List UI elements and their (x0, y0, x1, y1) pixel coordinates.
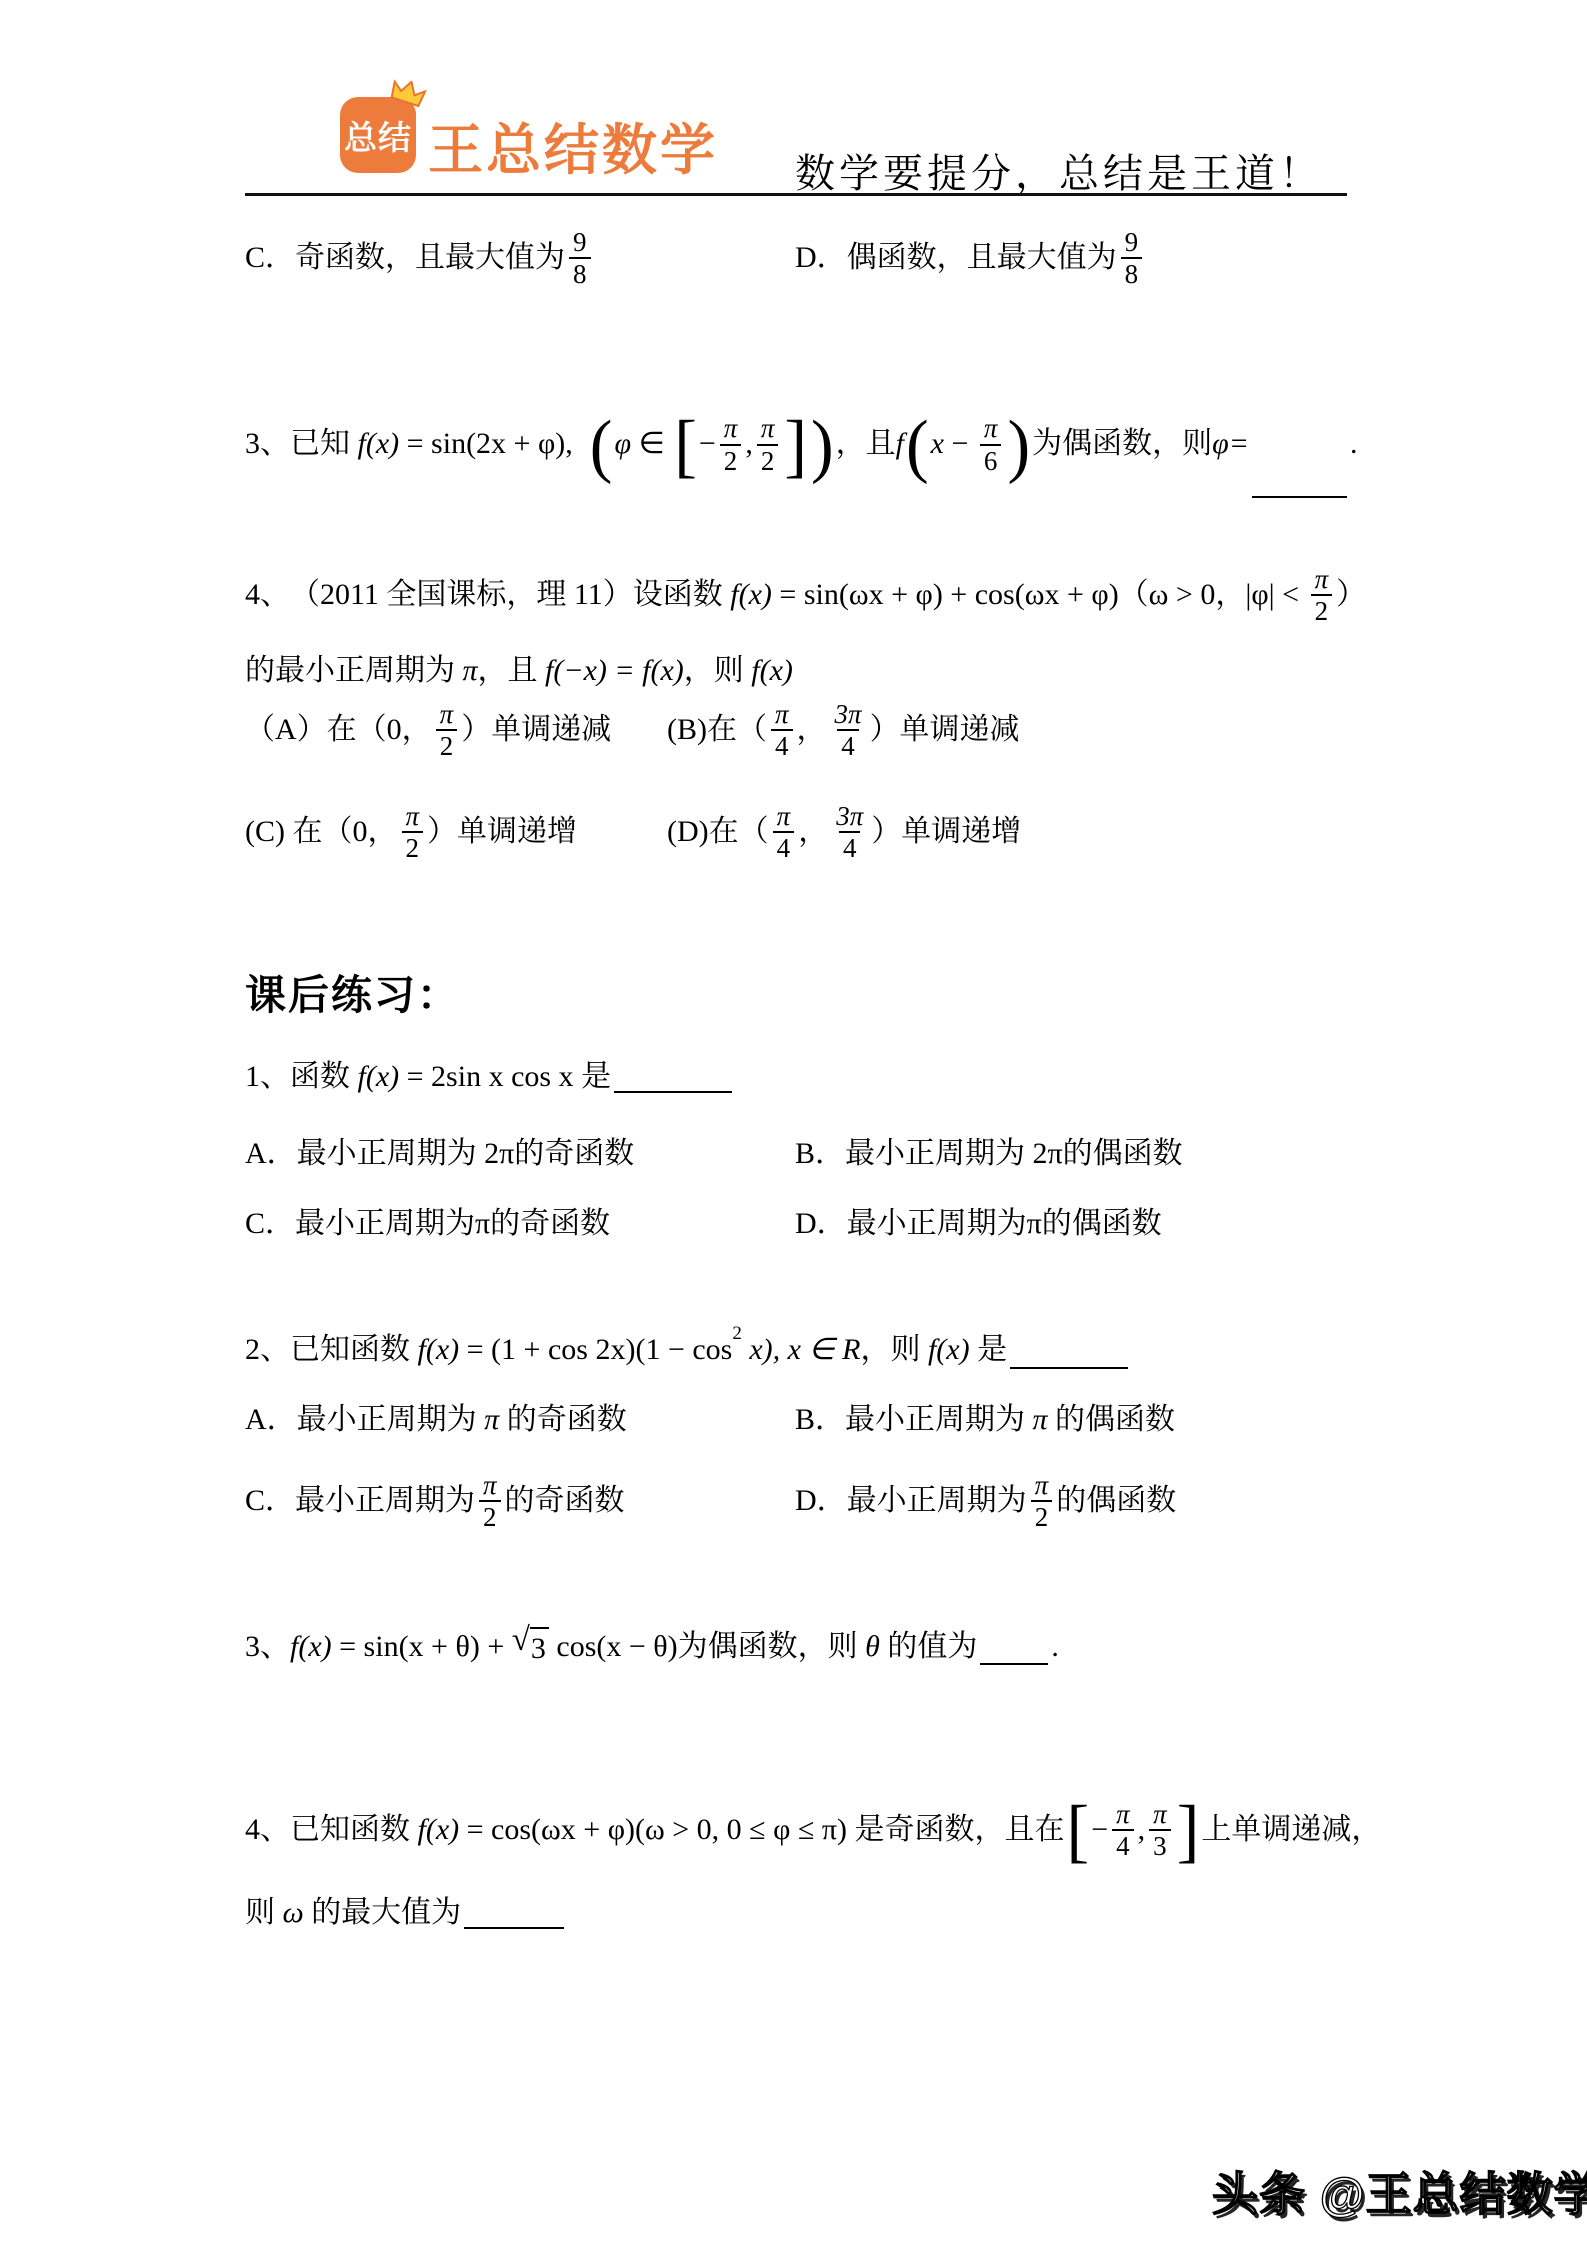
option-text: ）单调递增 (427, 812, 577, 853)
blank-line (1252, 494, 1347, 498)
math-text: = sin(ωx + φ) + cos(ωx + φ)（ω > 0，|φ| < (772, 575, 1307, 616)
question-text: 是 (581, 1057, 611, 1098)
p2-option-d: D．最小正周期为 π 2 的偶函数 (795, 1452, 1176, 1550)
p1-option-a: A．最小正周期为 2π的奇函数 (245, 1132, 634, 1176)
brand-slogan: 数学要提分，总结是王道！ (795, 142, 1323, 199)
fraction: π 2 (720, 413, 742, 475)
math-comma: , (1138, 1810, 1146, 1851)
math-pi: π (484, 1400, 499, 1441)
fraction: π 4 (773, 801, 795, 863)
practice-4-line2: 则 ω 的最大值为 (245, 1888, 567, 1938)
fraction: π 2 (1031, 1470, 1053, 1532)
blank-line (464, 1925, 564, 1929)
question-text: 的最大值为 (304, 1893, 462, 1934)
math-x: x (931, 424, 944, 465)
option-text: A．最小正周期为 (245, 1400, 484, 1441)
math-fx: f(x) (358, 1057, 400, 1098)
question-number: 3、 (245, 424, 290, 465)
math-fx: f(x) (418, 1330, 460, 1371)
question-number: 1、 (245, 1057, 290, 1098)
math-comma: , (745, 424, 753, 465)
brand-badge-label: 总结 (344, 112, 412, 159)
section-heading: 课后练习： (245, 962, 460, 1021)
brand-title: 王总结数学 (428, 106, 718, 185)
option-d-text: D．偶函数，且最大值为 (795, 238, 1117, 279)
option-text: B．最小正周期为 (795, 1400, 1033, 1441)
math-f: f (896, 424, 904, 465)
math-text: = (1 + cos 2x)(1 − cos (459, 1330, 732, 1371)
question-text: 为偶函数，则 (1032, 424, 1212, 465)
option-text: 的奇函数 (499, 1400, 627, 1441)
q4-option-b: (B)在（ π 4 ， 3π 4 ）单调递减 (667, 680, 1020, 780)
question-text: 已知 (290, 424, 358, 465)
option-text: ， (798, 812, 828, 853)
q4-option-a: （A）在（0， π 2 ）单调递减 (245, 680, 611, 780)
option-text: D．最小正周期为π的偶函数 (795, 1204, 1162, 1245)
option-text: (B)在（ (667, 710, 767, 751)
question-number: 2、 (245, 1330, 290, 1371)
question-text: ，且 (836, 424, 896, 465)
math-minus: − (1091, 1810, 1108, 1851)
math-superscript: 2 (732, 1324, 742, 1343)
fraction: π 3 (1149, 1799, 1171, 1861)
option-c: C．奇函数，且最大值为 9 8 (245, 212, 595, 304)
question-3: 3、 已知 f(x) = sin(2x + φ), ( φ ∈ [ − π 2 … (245, 382, 1357, 507)
question-text: 的值为 (880, 1627, 978, 1668)
option-text: C．最小正周期为 (245, 1481, 475, 1522)
blank-line (980, 1661, 1048, 1665)
math-text: cos(x − θ) (549, 1627, 678, 1668)
question-text: . (1051, 1627, 1059, 1668)
fraction: π 4 (771, 699, 793, 761)
fraction: 3π 4 (831, 699, 866, 761)
blank-line (1010, 1365, 1128, 1369)
question-4-line1: 4、 （2011 全国课标，理 11）设函数 f(x) = sin(ωx + φ… (245, 540, 1366, 650)
p2-option-b: B．最小正周期为 π 的偶函数 (795, 1398, 1175, 1442)
math-minus: − (699, 424, 716, 465)
p2-option-a: A．最小正周期为 π 的奇函数 (245, 1398, 627, 1442)
q4-option-d: (D)在（ π 4 ， 3π 4 ）单调递增 (667, 782, 1021, 882)
fraction: π 2 (436, 699, 458, 761)
practice-3: 3、 f(x) = sin(x + θ) + √ 3 cos(x − θ) 为偶… (245, 1620, 1059, 1674)
question-text: 是 (970, 1330, 1008, 1371)
math-phi: φ (614, 424, 631, 465)
question-number: 3、 (245, 1627, 290, 1668)
option-text: ）单调递减 (870, 710, 1020, 751)
fraction: π 2 (757, 413, 779, 475)
math-text: = 2sin x cos x (399, 1057, 581, 1098)
option-text: (D)在（ (667, 812, 769, 853)
sqrt-expression: √ 3 (512, 1624, 549, 1670)
option-text: ， (797, 710, 827, 751)
math-fx: f(x) (730, 575, 772, 616)
option-text: ）单调递增 (871, 812, 1021, 853)
p1-option-d: D．最小正周期为π的偶函数 (795, 1202, 1162, 1246)
question-text: 上单调递减， (1201, 1810, 1381, 1851)
question-text: . (1350, 424, 1358, 465)
p1-option-c: C．最小正周期为π的奇函数 (245, 1202, 610, 1246)
radical-icon: √ (512, 1624, 530, 1657)
fraction: π 2 (479, 1470, 501, 1532)
header-rule (245, 193, 1347, 196)
option-text: （A）在（0， (245, 710, 432, 751)
question-text: 已知函数 (290, 1810, 418, 1851)
math-fx: f(x) (418, 1810, 460, 1851)
option-text: ）单调递减 (461, 710, 611, 751)
option-text: 的奇函数 (505, 1481, 625, 1522)
math-fx: f(x) (928, 1330, 970, 1371)
math-fx: f(x) (358, 424, 400, 465)
option-text: C．最小正周期为π的奇函数 (245, 1204, 610, 1245)
practice-4-line1: 4、 已知函数 f(x) = cos(ωx + φ)(ω > 0, 0 ≤ φ … (245, 1765, 1381, 1895)
question-source: （2011 全国课标，理 11）设函数 (290, 575, 730, 616)
option-d: D．偶函数，且最大值为 9 8 (795, 212, 1146, 304)
math-text: = sin(x + θ) + (332, 1627, 512, 1668)
question-text: ，则 (860, 1330, 928, 1371)
option-text: 的偶函数 (1056, 1481, 1176, 1522)
option-c-text: C．奇函数，且最大值为 (245, 238, 565, 279)
fraction: 3π 4 (832, 801, 867, 863)
blank-line (614, 1089, 732, 1093)
math-in: ∈ (631, 424, 672, 465)
question-text: 则 (245, 1893, 283, 1934)
option-text: D．最小正周期为 (795, 1481, 1027, 1522)
question-text: 函数 (290, 1057, 358, 1098)
watermark: 头条 @王总结数学 (1212, 2158, 1587, 2224)
math-phi-eq: φ= (1212, 424, 1249, 465)
math-text: = cos(ωx + φ)(ω > 0, 0 ≤ φ ≤ π) (459, 1810, 854, 1851)
option-text: 的偶函数 (1048, 1400, 1176, 1441)
fraction: 9 8 (569, 227, 591, 289)
fraction: π 6 (980, 413, 1002, 475)
fraction: π 2 (402, 801, 424, 863)
fraction: π 2 (1311, 564, 1333, 626)
question-number: 4、 (245, 575, 290, 616)
math-theta: θ (865, 1627, 880, 1668)
option-text: A．最小正周期为 2π的奇函数 (245, 1134, 634, 1175)
math-text: = sin(2x + φ), (399, 424, 588, 465)
option-text: (C) 在（0， (245, 812, 398, 853)
math-text: x), x ∈ R (742, 1330, 861, 1371)
fraction: π 4 (1112, 1799, 1134, 1861)
option-text: B．最小正周期为 2π的偶函数 (795, 1134, 1183, 1175)
math-omega: ω (283, 1893, 304, 1934)
question-text: 为偶函数，则 (678, 1627, 866, 1668)
practice-2: 2、 已知函数 f(x) = (1 + cos 2x)(1 − cos 2 x)… (245, 1322, 1131, 1378)
practice-1: 1、 函数 f(x) = 2sin x cos x 是 (245, 1052, 735, 1102)
math-minus: − (944, 424, 976, 465)
p1-option-b: B．最小正周期为 2π的偶函数 (795, 1132, 1183, 1176)
question-text: 是奇函数，且在 (855, 1810, 1065, 1851)
question-number: 4、 (245, 1810, 290, 1851)
worksheet-page: 总结 王总结数学 数学要提分，总结是王道！ C．奇函数，且最大值为 9 8 D．… (0, 0, 1587, 2245)
math-fx: f(x) (290, 1627, 332, 1668)
math-text: ） (1336, 575, 1366, 616)
fraction: 9 8 (1121, 227, 1143, 289)
question-text: 已知函数 (290, 1330, 418, 1371)
q4-option-c: (C) 在（0， π 2 ）单调递增 (245, 782, 577, 882)
math-pi: π (1033, 1400, 1048, 1441)
p2-option-c: C．最小正周期为 π 2 的奇函数 (245, 1452, 625, 1550)
